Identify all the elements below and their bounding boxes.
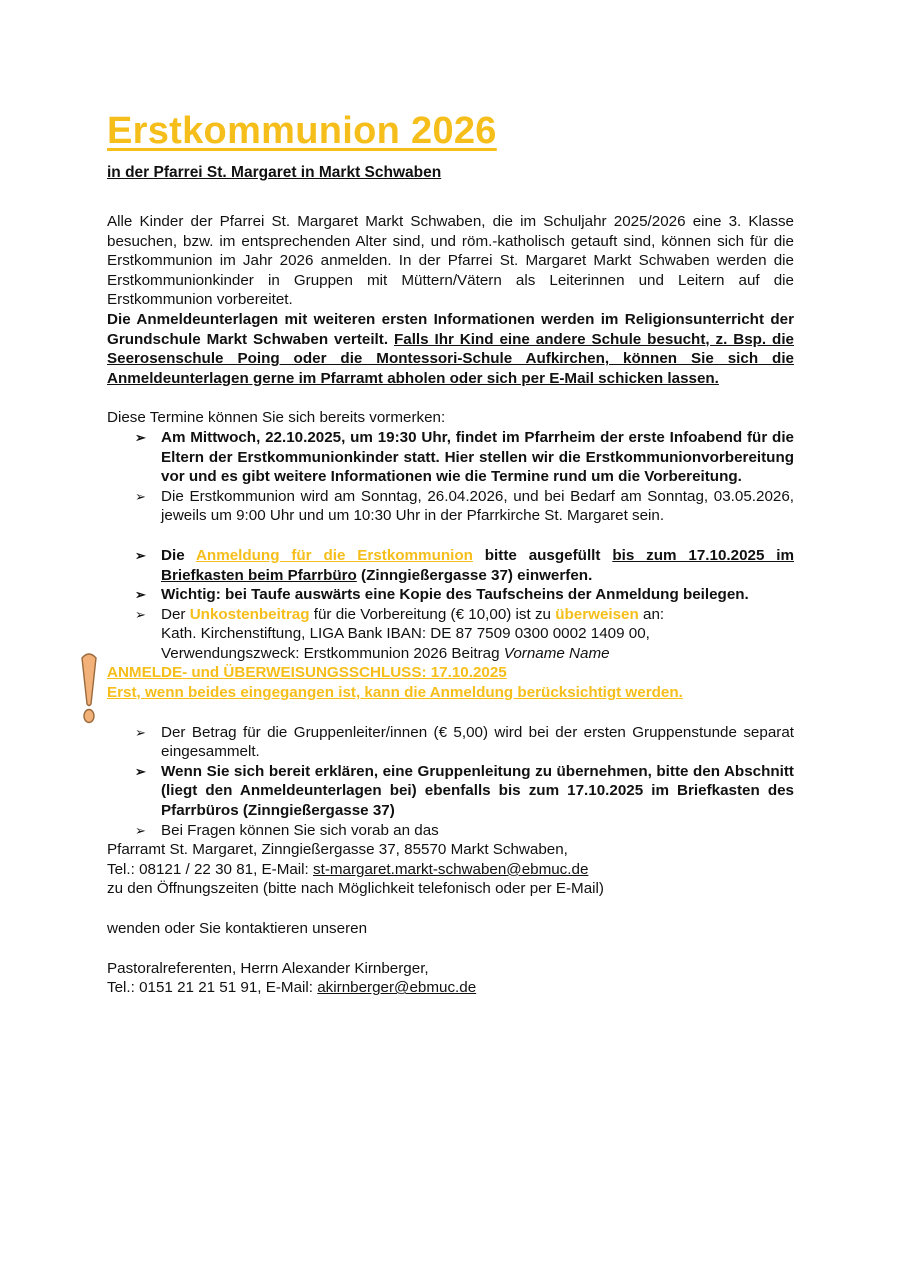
contact-bridge: wenden oder Sie kontaktieren unseren	[107, 919, 794, 939]
bank-details: Kath. Kirchenstiftung, LIGA Bank IBAN: D…	[161, 625, 650, 642]
intro-paragraph: Alle Kinder der Pfarrei St. Margaret Mar…	[107, 212, 794, 310]
document-page: Erstkommunion 2026 in der Pfarrei St. Ma…	[107, 108, 794, 998]
fee-highlight: Unkostenbeitrag	[190, 606, 310, 623]
arrow-bullet-icon: ➢	[135, 487, 146, 507]
list-item-questions: ➢ Bei Fragen können Sie sich vorab an da…	[161, 821, 794, 841]
arrow-bullet-icon: ➢	[135, 821, 146, 841]
list-item-fee: ➢ Der Unkostenbeitrag für die Vorbereitu…	[161, 605, 794, 664]
arrow-bullet-icon: ➢	[135, 723, 146, 743]
dates-intro: Diese Termine können Sie sich bereits vo…	[107, 408, 794, 428]
important-list: ➢ Die Anmeldung für die Erstkommunion bi…	[107, 546, 794, 664]
list-item-infoabend: ➢ Am Mittwoch, 22.10.2025, um 19:30 Uhr,…	[161, 428, 794, 487]
more-info-list: ➢ Der Betrag für die Gruppenleiter/innen…	[107, 723, 794, 841]
arrow-bullet-icon: ➢	[135, 605, 146, 625]
purpose-placeholder: Vorname Name	[504, 645, 610, 662]
list-item-registration: ➢ Die Anmeldung für die Erstkommunion bi…	[161, 546, 794, 585]
arrow-bullet-icon: ➢	[135, 762, 146, 782]
arrow-bullet-icon: ➢	[135, 428, 146, 448]
person-email-link[interactable]: akirnberger@ebmuc.de	[317, 979, 476, 996]
page-title: Erstkommunion 2026	[107, 108, 794, 154]
office-email-link[interactable]: st-margaret.markt-schwaben@ebmuc.de	[313, 861, 588, 878]
list-item-baptism-copy: ➢ Wichtig: bei Taufe auswärts eine Kopie…	[161, 585, 794, 605]
office-contact: Pfarramt St. Margaret, Zinngießergasse 3…	[107, 840, 794, 899]
list-item-group-leader: ➢ Wenn Sie sich bereit erklären, eine Gr…	[161, 762, 794, 821]
list-item-erstkommunion-date: ➢ Die Erstkommunion wird am Sonntag, 26.…	[161, 487, 794, 526]
exclamation-mark-icon	[79, 652, 99, 724]
deadline-notice: ANMELDE- und ÜBERWEISUNGSSCHLUSS: 17.10.…	[107, 663, 794, 683]
transfer-highlight: überweisen	[555, 606, 639, 623]
person-contact: Pastoralreferenten, Herrn Alexander Kirn…	[107, 959, 794, 998]
page-subtitle: in der Pfarrei St. Margaret in Markt Sch…	[107, 163, 794, 183]
registration-highlight: Anmeldung für die Erstkommunion	[196, 547, 473, 564]
dates-list: ➢ Am Mittwoch, 22.10.2025, um 19:30 Uhr,…	[107, 428, 794, 526]
deadline-condition: Erst, wenn beides eingegangen ist, kann …	[107, 683, 794, 703]
materials-paragraph: Die Anmeldeunterlagen mit weiteren erste…	[107, 310, 794, 388]
arrow-bullet-icon: ➢	[135, 546, 146, 566]
list-item-group-fee: ➢ Der Betrag für die Gruppenleiter/innen…	[161, 723, 794, 762]
arrow-bullet-icon: ➢	[135, 585, 146, 605]
